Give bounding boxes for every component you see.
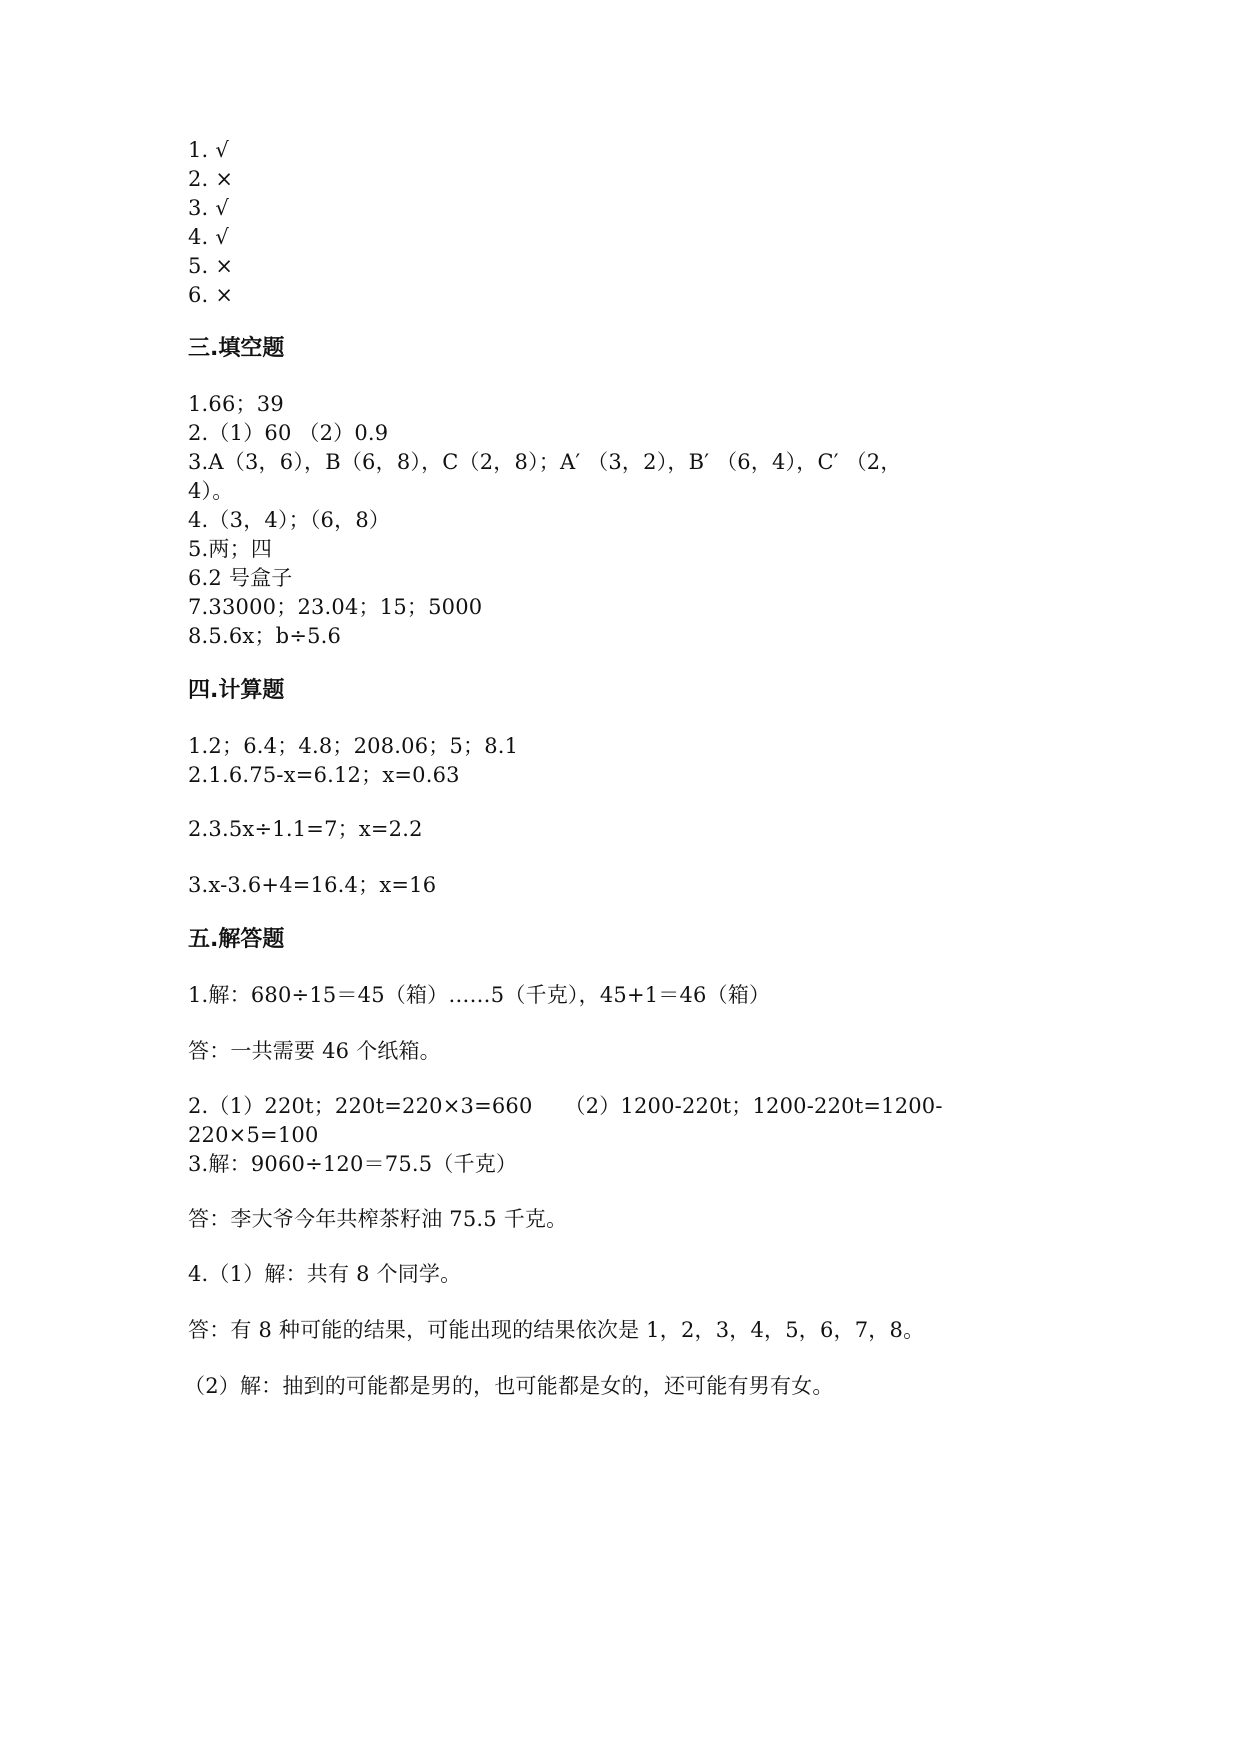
fill-answer-1: 1.66；39	[188, 390, 284, 418]
check-mark-icon: √	[215, 196, 229, 220]
fill-answer-5: 5.两；四	[188, 535, 272, 563]
calc-answer-3: 3.x-3.6+4=16.4；x=16	[188, 871, 436, 899]
fill-answer-3: 3.A（3，6），B（6，8），C（2，8）；A′ （3，2），B′ （6，4）…	[188, 448, 902, 476]
calc-answer-2-1: 2.1.6.75-x=6.12；x=0.63	[188, 761, 460, 789]
check-mark-icon: √	[215, 225, 229, 249]
solution-1-answer: 答：一共需要 46 个纸箱。	[188, 1037, 441, 1065]
solution-4-2: （2）解：抽到的可能都是男的，也可能都是女的，还可能有男有女。	[184, 1372, 834, 1400]
cross-mark-icon: ×	[215, 254, 233, 278]
section-heading-calculation: 四.计算题	[188, 676, 284, 706]
fill-answer-8: 8.5.6x；b÷5.6	[188, 622, 341, 650]
check-mark-icon: √	[215, 138, 229, 162]
calc-answer-2-3: 2.3.5x÷1.1=7；x=2.2	[188, 815, 423, 843]
cross-mark-icon: ×	[215, 283, 233, 307]
judge-answer-2: 2. ×	[188, 165, 233, 193]
answer-page: 1. √ 2. × 3. √ 4. √ 5. × 6. × 三.填空题 1.66…	[0, 0, 1241, 1755]
solution-2: 2.（1）220t；220t=220×3=660 （2）1200-220t；12…	[188, 1092, 943, 1120]
solution-2-cont: 220×5=100	[188, 1121, 319, 1149]
section-heading-solutions: 五.解答题	[188, 925, 284, 955]
solution-3: 3.解：9060÷120＝75.5（千克）	[188, 1150, 517, 1178]
fill-answer-7: 7.33000；23.04；15；5000	[188, 593, 482, 621]
fill-answer-3-cont: 4）。	[188, 477, 233, 505]
calc-answer-1: 1.2；6.4；4.8；208.06；5；8.1	[188, 732, 518, 760]
solution-3-answer: 答：李大爷今年共榨茶籽油 75.5 千克。	[188, 1205, 567, 1233]
cross-mark-icon: ×	[215, 167, 233, 191]
solution-1: 1.解：680÷15＝45（箱）……5（千克），45+1＝46（箱）	[188, 981, 770, 1009]
fill-answer-6: 6.2 号盒子	[188, 564, 292, 592]
judge-answer-3: 3. √	[188, 194, 229, 222]
fill-answer-2: 2.（1）60 （2）0.9	[188, 419, 388, 447]
fill-answer-4: 4.（3，4）；（6，8）	[188, 506, 390, 534]
judge-answer-6: 6. ×	[188, 281, 233, 309]
judge-answer-1: 1. √	[188, 136, 229, 164]
solution-4-1-answer: 答：有 8 种可能的结果，可能出现的结果依次是 1，2，3，4，5，6，7，8。	[188, 1316, 924, 1344]
judge-answer-5: 5. ×	[188, 252, 233, 280]
solution-4-1: 4.（1）解：共有 8 个同学。	[188, 1260, 461, 1288]
section-heading-fill-blank: 三.填空题	[188, 334, 284, 364]
judge-answer-4: 4. √	[188, 223, 229, 251]
